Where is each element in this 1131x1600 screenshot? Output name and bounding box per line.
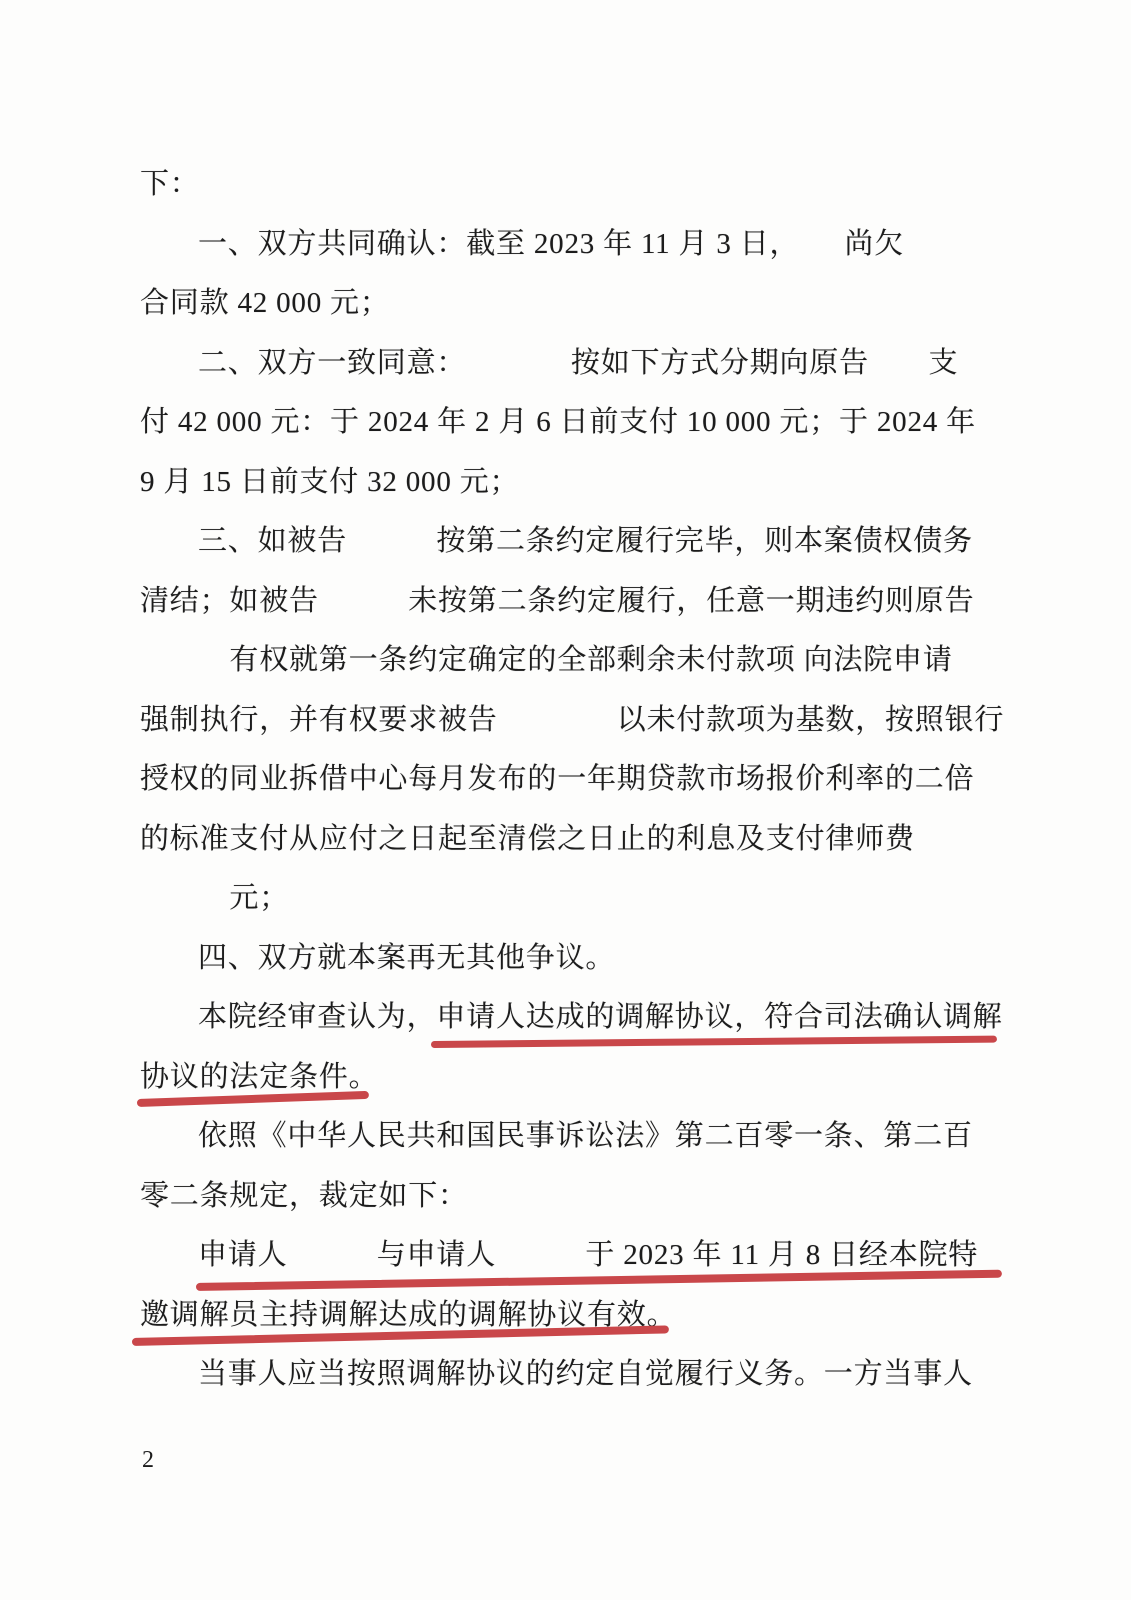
- text-line: 合同款 42 000 元；: [140, 271, 1100, 331]
- text-line: 四、双方就本案再无其他争议。: [140, 926, 1100, 986]
- text-line: 清结；如被告 未按第二条约定履行，任意一期违约则原告: [140, 569, 1100, 629]
- document-page: 下： 一、双方共同确认：截至 2023 年 11 月 3 日， 尚欠 合同款 4…: [0, 0, 1131, 1600]
- text-line: 零二条规定，裁定如下：: [140, 1164, 1100, 1224]
- text-line: 二、双方一致同意： 按如下方式分期向原告 支: [140, 331, 1100, 391]
- text-line: 强制执行，并有权要求被告 以未付款项为基数，按照银行: [140, 688, 1100, 748]
- text-line: 元；: [140, 866, 1100, 926]
- page-number: 2: [142, 1447, 154, 1474]
- text-line: 当事人应当按照调解协议的约定自觉履行义务。一方当事人: [140, 1342, 1100, 1402]
- text-line: 一、双方共同确认：截至 2023 年 11 月 3 日， 尚欠: [140, 212, 1100, 272]
- text-line: 9 月 15 日前支付 32 000 元；: [140, 450, 1100, 510]
- ruling-body: 下： 一、双方共同确认：截至 2023 年 11 月 3 日， 尚欠 合同款 4…: [140, 152, 1100, 1402]
- text-line: 付 42 000 元：于 2024 年 2 月 6 日前支付 10 000 元；…: [140, 390, 1100, 450]
- text-line: 依照《中华人民共和国民事诉讼法》第二百零一条、第二百: [140, 1104, 1100, 1164]
- text-line: 授权的同业拆借中心每月发布的一年期贷款市场报价利率的二倍: [140, 747, 1100, 807]
- text-line: 有权就第一条约定确定的全部剩余未付款项 向法院申请: [140, 628, 1100, 688]
- text-line: 下：: [140, 152, 1100, 212]
- text-line: 的标准支付从应付之日起至清偿之日止的利息及支付律师费: [140, 807, 1100, 867]
- text-line: 三、如被告 按第二条约定履行完毕，则本案债权债务: [140, 509, 1100, 569]
